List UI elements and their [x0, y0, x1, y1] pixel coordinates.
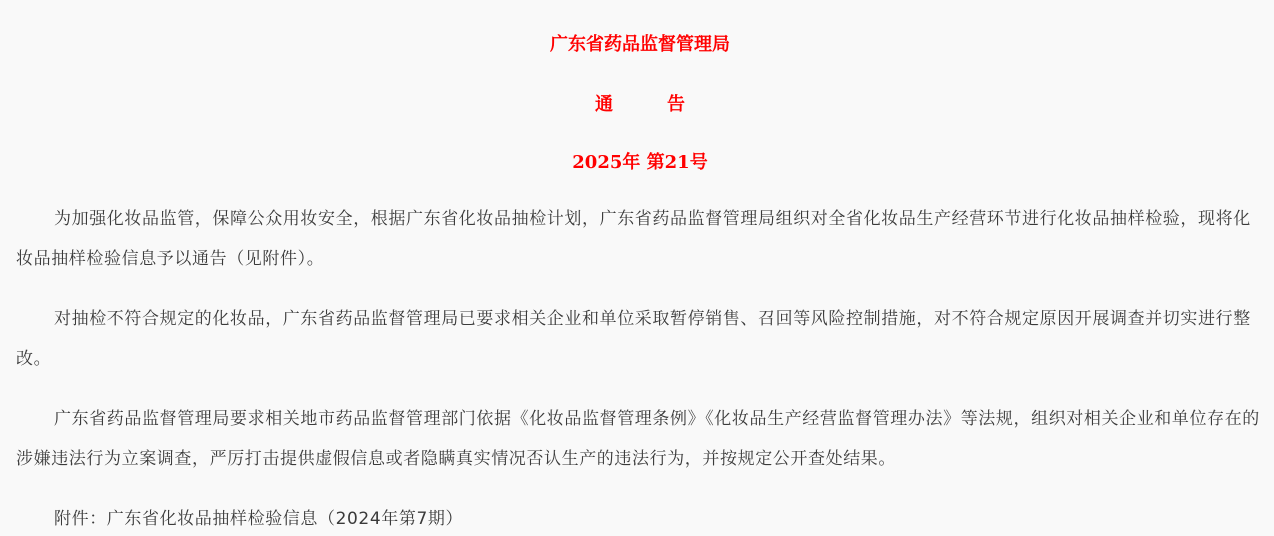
paragraph-investigation: 广东省药品监督管理局要求相关地市药品监督管理部门依据《化妆品监督管理条例》《化妆… [16, 399, 1260, 479]
doc-type-char-2: 告 [667, 94, 685, 115]
paragraph-risk-control: 对抽检不符合规定的化妆品，广东省药品监督管理局已要求相关企业和单位采取暂停销售、… [16, 299, 1260, 379]
doc-type-char-1: 通 [595, 94, 613, 115]
attachment-link[interactable]: 附件：广东省化妆品抽样检验信息（2024年第7期） [16, 499, 1260, 536]
doc-number: 2025年 第21号 [3, 152, 1274, 174]
doc-number-text: 2025年 第21号 [572, 152, 707, 173]
paragraph-purpose: 为加强化妆品监管，保障公众用妆安全，根据广东省化妆品抽检计划，广东省药品监督管理… [16, 199, 1260, 279]
doc-type-title: 通告 [3, 94, 1274, 116]
agency-name: 广东省药品监督管理局 [550, 34, 730, 55]
agency-title: 广东省药品监督管理局 [3, 34, 1274, 56]
